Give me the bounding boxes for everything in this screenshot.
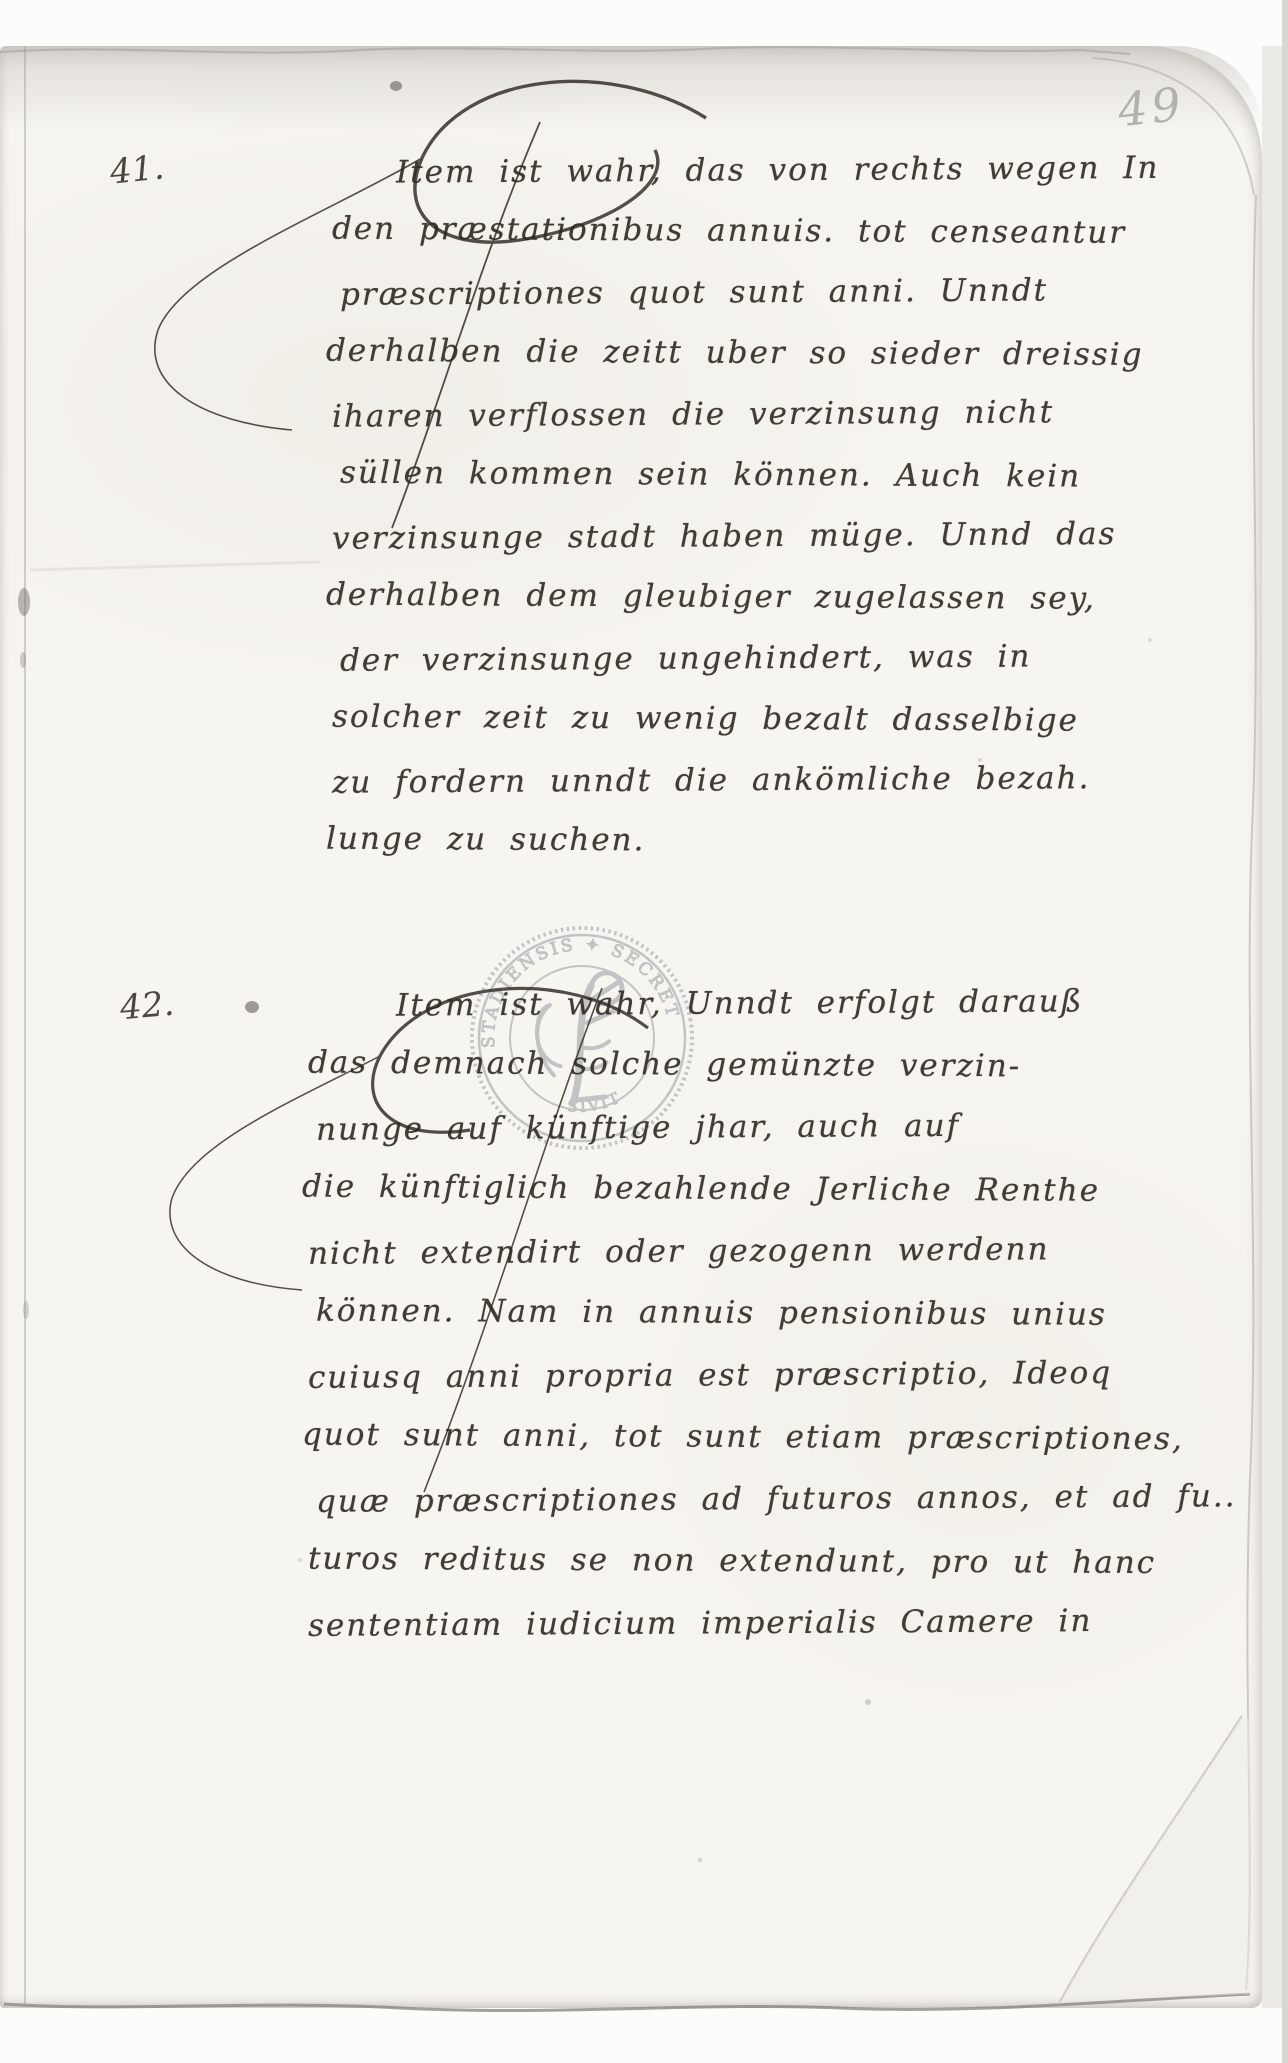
manuscript-line: quot sunt anni, tot sunt etiam præscript…	[302, 1404, 1238, 1471]
scan-border	[1282, 0, 1288, 2063]
manuscript-line: die künftiglich bezahlende Jerliche Rent…	[302, 1156, 1238, 1223]
manuscript-line: præscriptiones quot sunt anni. Unndt	[340, 259, 1232, 325]
manuscript-line: nicht extendirt oder gezogenn werdenn	[308, 1217, 1238, 1285]
manuscript-line: lunge zu suchen.	[326, 809, 1232, 875]
manuscript-line: derhalben dem gleubiger zugelassen sey,	[326, 565, 1232, 631]
manuscript-line: nunge auf künftige jhar, auch auf	[316, 1093, 1238, 1161]
manuscript-line: sententiam iudicium imperialis Camere in	[308, 1589, 1238, 1657]
manuscript-line: das demnach solche gemünzte verzin-	[308, 1032, 1238, 1099]
manuscript-line: iharen verflossen die verzinsung nicht	[332, 381, 1232, 447]
folio-number: 49	[1115, 77, 1187, 138]
manuscript-line: süllen kommen sein können. Auch kein	[340, 443, 1232, 509]
section-42-number: 42.	[118, 984, 175, 1029]
manuscript-line: quæ præscriptiones ad futuros annos, et …	[316, 1465, 1238, 1533]
manuscript-line: verzinsunge stadt haben müge. Unnd das	[332, 503, 1232, 569]
scanned-manuscript-page: 49 41. 42. STADIENSIS ✦ SECRETUM SIVIT	[0, 0, 1288, 2063]
manuscript-line: Item ist wahr, das von rechts wegen In	[396, 137, 1232, 203]
manuscript-line: solcher zeit zu wenig bezalt dasselbige	[332, 687, 1232, 753]
manuscript-line: der verzinsunge ungehindert, was in	[340, 625, 1232, 691]
manuscript-line: den præstationibus annuis. tot censeantu…	[332, 199, 1232, 265]
section-41-number: 41.	[108, 147, 166, 192]
section-42-text: Item ist wahr, Unndt erfolgt daraußdas d…	[308, 972, 1238, 1654]
manuscript-line: cuiusq anni propria est præscriptio, Ide…	[308, 1341, 1238, 1409]
section-41-text: Item ist wahr, das von rechts wegen Inde…	[332, 140, 1232, 872]
manuscript-line: derhalben die zeitt uber so sieder dreis…	[326, 321, 1232, 387]
manuscript-line: turos reditus se non extendunt, pro ut h…	[308, 1528, 1238, 1595]
top-edge-shading	[0, 46, 1262, 131]
manuscript-line: können. Nam in annuis pensionibus unius	[316, 1280, 1238, 1347]
manuscript-line: zu fordern unndt die ankömliche bezah.	[332, 747, 1232, 813]
manuscript-line: Item ist wahr, Unndt erfolgt darauß	[396, 969, 1238, 1036]
